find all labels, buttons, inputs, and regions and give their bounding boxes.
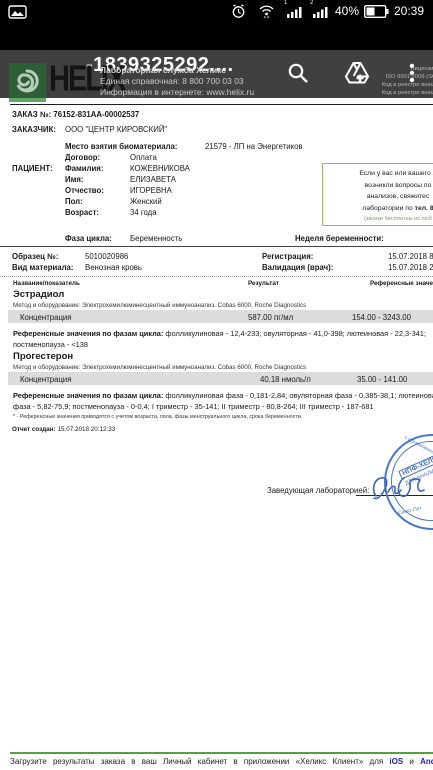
patient-field-value: ЕЛИЗАВЕТА (130, 174, 176, 185)
notice-line-small: (звонки бесплатны из люб (323, 214, 433, 226)
gallery-icon (8, 5, 27, 19)
result-row-label: Концентрация (20, 374, 72, 385)
reference-range: 35.00 - 141.00 (357, 374, 407, 385)
sample-label: Образец №: (12, 251, 58, 262)
patient-field-label: Пол: (65, 196, 83, 207)
letterhead-licenses: Лицензия: ЛО-78-01-0 ISO 9001:2008 (SGS)… (330, 65, 433, 97)
alarm-clock-icon (231, 4, 246, 19)
contract-value: Оплата (130, 152, 157, 163)
viewer-toolbar: -1839325292.... HELIX ® Лабораторная слу… (0, 50, 433, 98)
ios-link[interactable]: iOS (389, 757, 403, 766)
search-icon[interactable] (286, 61, 310, 85)
footer-divider (10, 752, 433, 754)
test-method: Метод и оборудование: Электрохемилюминес… (13, 302, 306, 309)
patient-field-label: Фамилия: (65, 163, 103, 174)
footer-separator: и (403, 757, 420, 766)
footer-promo: Загрузите результаты заказа в ваш Личный… (10, 757, 433, 766)
patient-field-value: КОЖЕВНИКОВА (130, 163, 190, 174)
reference-range: 154.00 - 3243.00 (352, 312, 411, 323)
phone-screen: 1 2 40% 20:39 -1839325292.... (0, 0, 433, 770)
column-header-ref: Референсные значени (370, 280, 433, 287)
notice-line: лаборатории по тел. 8 (323, 203, 433, 215)
result-value: 587.00 пг/мл (248, 312, 293, 323)
result-row-label: Концентрация (20, 312, 72, 323)
order-number-row: ЗАКАЗ №: 76152-831АА-00002537 (12, 109, 139, 120)
sample-value: 5010020986 (85, 251, 128, 262)
reference-note-line2: постменопауза - <138 (13, 339, 88, 350)
order-value: 76152-831АА-00002537 (53, 110, 139, 119)
letterhead-line3: Информация в интернете: www.helix.ru (100, 87, 254, 98)
patient-field-value: Женский (130, 196, 162, 207)
notice-line: возникли вопросы по (323, 180, 433, 192)
test-name: Прогестерон (13, 351, 73, 362)
lab-head-label: Заведующая лабораторией: (267, 485, 369, 496)
notice-line: Если у вас или вашего л (323, 168, 433, 180)
order-label: ЗАКАЗ №: (12, 110, 51, 119)
android-link[interactable]: Android (420, 757, 433, 766)
phase-label: Фаза цикла: (65, 233, 112, 244)
section-divider (0, 246, 433, 247)
signature-scribble (368, 468, 433, 508)
signal-bars-icon (287, 6, 303, 18)
registration-value: 15.07.2018 8:5 (388, 251, 433, 262)
patient-field-value: 34 года (130, 207, 157, 218)
result-value: 40.18 нмоль/л (260, 374, 311, 385)
test-name: Эстрадиол (13, 289, 64, 300)
notice-line: анализов, свяжитес (323, 191, 433, 203)
week-label: Неделя беременности: (295, 233, 384, 244)
letterhead-line2: Единая справочная: 8 800 700 03 03 (100, 76, 254, 87)
letterhead-contacts: Лабораторная служба Хеликс Единая справо… (100, 65, 254, 98)
header-divider (10, 104, 433, 105)
patient-field-label: Имя: (65, 174, 84, 185)
validation-label: Валидация (врач): (262, 262, 333, 273)
customer-value: ООО "ЦЕНТР КИРОВСКИЙ" (65, 124, 167, 135)
license-line: Код в реестре внешнего контрол (330, 81, 433, 89)
place-label: Место взятия биоматериала: (65, 141, 177, 152)
column-header-name: Название/показатель (13, 280, 80, 287)
battery-percent: 40% (335, 3, 359, 19)
column-header-result: Результат (248, 280, 279, 287)
hotline-notice-box: Если у вас или вашего л возникли вопросы… (322, 163, 433, 226)
footer-text: Загрузите результаты заказа в ваш Личный… (10, 757, 389, 766)
patient-field-label: Отчество: (65, 185, 104, 196)
logo-bottom-sliver (9, 98, 46, 102)
reference-note-line1: Референсные значения по фазам цикла: фол… (13, 390, 433, 401)
license-line: ISO 9001:2008 (SGS); ISO 1518 (330, 73, 433, 81)
signal-bars-icon (313, 6, 329, 18)
helix-logo-icon (9, 63, 46, 101)
patient-field-label: Возраст: (65, 207, 99, 218)
material-value: Венозная кровь (85, 262, 142, 273)
contract-label: Договор: (65, 152, 100, 163)
status-bar: 1 2 40% 20:39 (0, 0, 433, 50)
reference-note-line1: Референсные значения по фазам цикла: фол… (13, 328, 426, 339)
registration-label: Регистрация: (262, 251, 313, 262)
reference-footnote: * - Референсные значения приводятся с уч… (13, 414, 302, 420)
test-method: Метод и оборудование: Электрохемилюминес… (13, 364, 306, 371)
validation-value: 15.07.2018 20: (388, 262, 433, 273)
material-label: Вид материала: (12, 262, 73, 273)
dotted-divider (0, 276, 433, 277)
license-line: Лицензия: ЛО-78-01-0 (330, 65, 433, 73)
wifi-icon (258, 4, 275, 19)
license-line: Код в реестре внешнего контрол (330, 89, 433, 97)
phase-value: Беременность (130, 233, 182, 244)
clock-time: 20:39 (394, 3, 424, 19)
report-created-row: Отчет создан: 15.07.2018 20:12:33 (12, 426, 115, 433)
reference-note-line2: фаза - 5,82-75,9; постменопауза - 0-0,4;… (13, 401, 374, 412)
patient-label: ПАЦИЕНТ: (12, 163, 53, 174)
place-value: 21579 - ЛП на Энергетиков (205, 141, 303, 152)
patient-field-value: ИГОРЕВНА (130, 185, 172, 196)
battery-icon (364, 5, 389, 18)
customer-label: ЗАКАЗЧИК: (12, 124, 56, 135)
letterhead-line1: Лабораторная служба Хеликс (100, 65, 254, 76)
